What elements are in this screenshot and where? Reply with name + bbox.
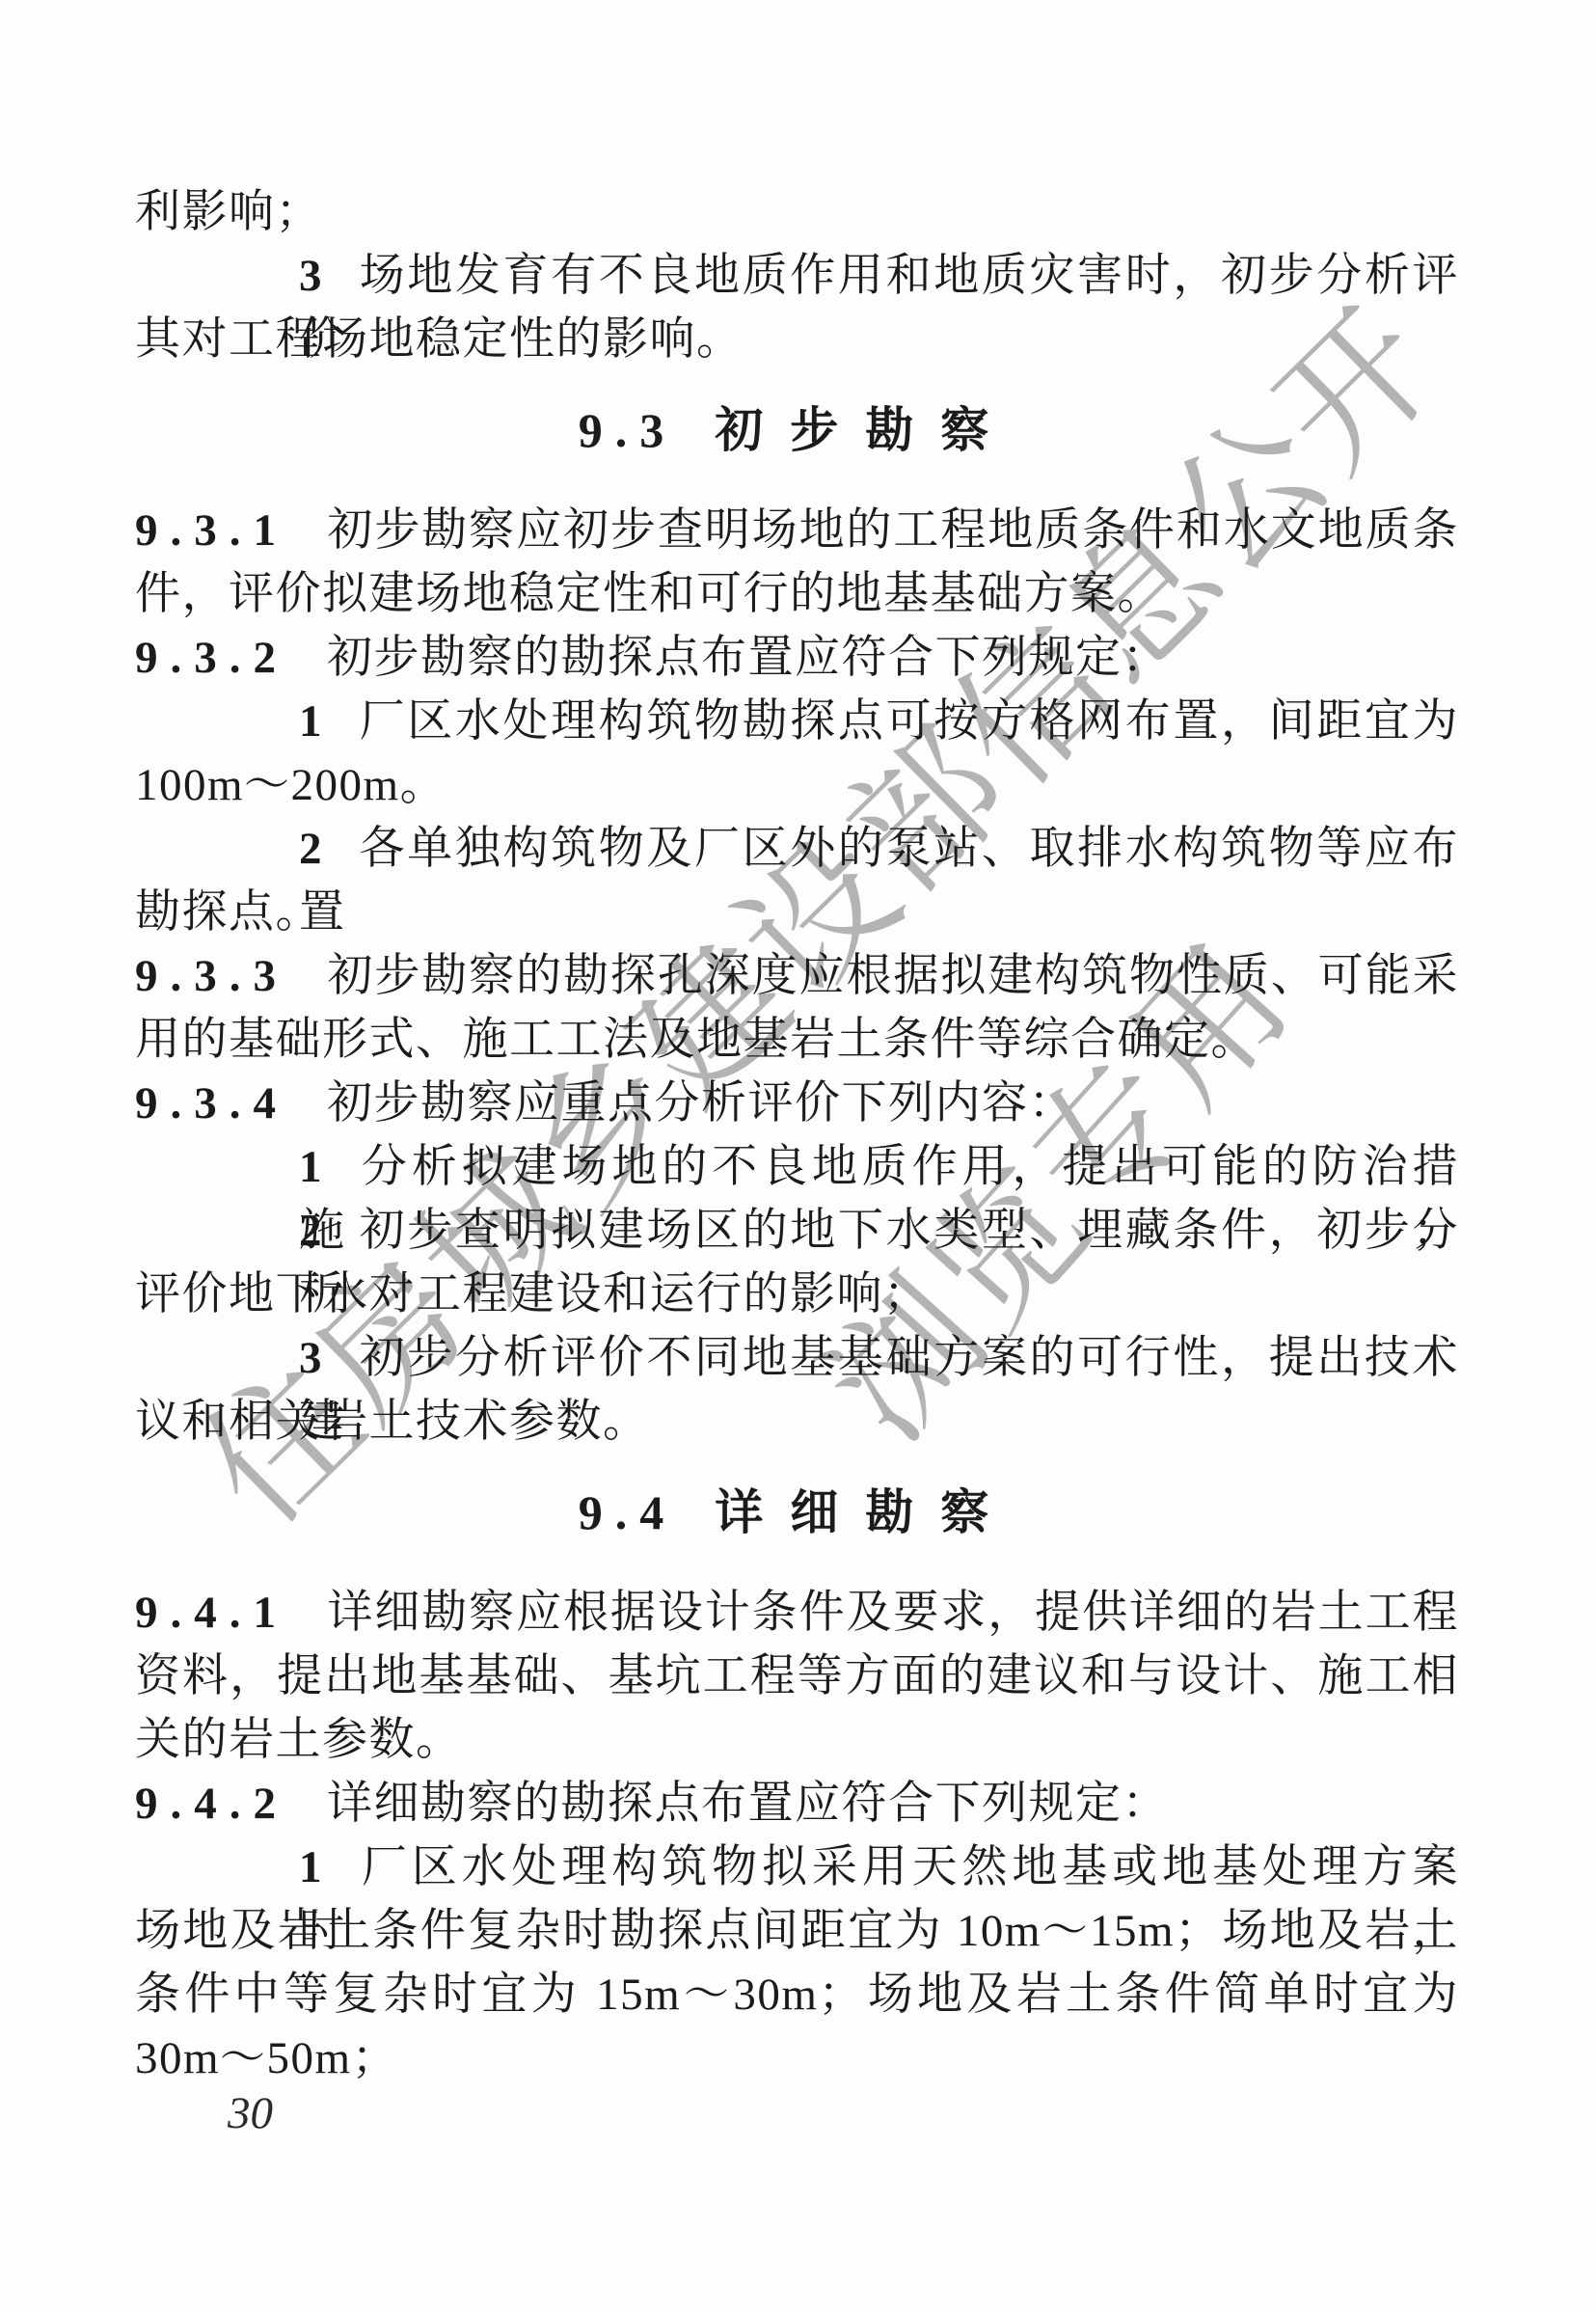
line-text: 初步勘察应重点分析评价下列内容： [327,1078,1075,1128]
text-line: 其对工程场地稳定性的影响。 [135,308,1459,371]
text-line: 9.3.4初步勘察应重点分析评价下列内容： [135,1072,1459,1135]
section-heading: 9.4详细勘察 [135,1481,1459,1544]
line-text: 议和相关岩土技术参数。 [135,1397,650,1447]
clause-number: 1 [299,1142,322,1192]
line-text: 利影响； [135,187,322,237]
clause-number: 2 [299,824,322,874]
text-line: 利影响； [135,180,1459,244]
text-line: 场地及岩土条件复杂时勘探点间距宜为 10m～15m；场地及岩土 [135,1899,1459,1963]
clause-number: 3 [299,1333,322,1383]
section-heading: 9.3初步勘察 [135,398,1459,462]
clause-number: 2 [299,1206,322,1256]
line-text: 用的基础形式、施工工法及地基岩土条件等综合确定。 [135,1015,1258,1065]
clause-number: 9.4.1 [135,1588,288,1638]
line-text: 初步勘察应初步查明场地的工程地质条件和水文地质条 [327,505,1459,556]
line-text: 100m～200m。 [135,760,446,810]
text-line: 议和相关岩土技术参数。 [135,1390,1459,1454]
line-text: 详细勘察应根据设计条件及要求，提供详细的岩土工程 [327,1588,1459,1638]
line-text: 条件中等复杂时宜为 15m～30m；场地及岩土条件简单时宜为 [135,1970,1459,2020]
line-text: 件，评价拟建场地稳定性和可行的地基基础方案。 [135,569,1164,619]
line-text: 关的岩土参数。 [135,1715,463,1765]
text-line: 9.3.1初步勘察应初步查明场地的工程地质条件和水文地质条 [135,499,1459,562]
text-column: 利影响；3场地发育有不良地质作用和地质灾害时，初步分析评价其对工程场地稳定性的影… [135,180,1459,2090]
text-line: 1厂区水处理构筑物拟采用天然地基或地基处理方案时， [135,1835,1459,1899]
line-text: 初步勘察的勘探点布置应符合下列规定： [327,633,1169,683]
text-line: 2各单独构筑物及厂区外的泵站、取排水构筑物等应布置 [135,817,1459,881]
line-text: 勘探点。 [135,887,322,938]
line-text: 初步勘察的勘探孔深度应根据拟建构筑物性质、可能采 [327,951,1459,1001]
text-line: 1分析拟建场地的不良地质作用，提出可能的防治措施； [135,1135,1459,1199]
clause-number: 1 [299,696,322,747]
line-text: 资料，提出地基基础、基坑工程等方面的建议和与设计、施工相 [135,1651,1459,1701]
clause-number: 1 [299,1842,322,1892]
line-text: 详细勘察的勘探点布置应符合下列规定： [327,1779,1169,1829]
line-text: 评价地下水对工程建设和运行的影响； [135,1269,931,1319]
clause-number: 9.3.2 [135,633,288,683]
text-line: 资料，提出地基基础、基坑工程等方面的建议和与设计、施工相 [135,1645,1459,1708]
text-line: 关的岩土参数。 [135,1708,1459,1772]
text-line: 2初步查明拟建场区的地下水类型、埋藏条件，初步分析 [135,1199,1459,1263]
text-line: 评价地下水对工程建设和运行的影响； [135,1263,1459,1326]
text-line: 1厂区水处理构筑物勘探点可按方格网布置，间距宜为 [135,690,1459,753]
text-line: 用的基础形式、施工工法及地基岩土条件等综合确定。 [135,1008,1459,1072]
clause-number: 9.4.2 [135,1779,288,1829]
clause-number: 9.3.3 [135,951,288,1001]
line-text: 场地及岩土条件复杂时勘探点间距宜为 10m～15m；场地及岩土 [135,1906,1459,1956]
text-line: 3场地发育有不良地质作用和地质灾害时，初步分析评价 [135,244,1459,308]
clause-number: 9.3.4 [135,1078,288,1128]
line-text: 详细勘察 [715,1485,1015,1539]
text-line: 3初步分析评价不同地基基础方案的可行性，提出技术建 [135,1326,1459,1390]
page-number: 30 [228,2091,273,2136]
document-page: 住房城乡建设部信息公开 浏览专用 利影响；3场地发育有不良地质作用和地质灾害时，… [0,0,1596,2311]
text-line: 9.3.2初步勘察的勘探点布置应符合下列规定： [135,626,1459,690]
line-text: 30m～50m； [135,2033,398,2083]
text-line: 30m～50m； [135,2026,1459,2090]
clause-number: 9.3.1 [135,505,288,556]
text-line: 9.3.3初步勘察的勘探孔深度应根据拟建构筑物性质、可能采 [135,944,1459,1008]
text-line: 100m～200m。 [135,753,1459,817]
line-text: 初步勘察 [715,403,1015,457]
text-line: 9.4.1详细勘察应根据设计条件及要求，提供详细的岩土工程 [135,1581,1459,1645]
text-line: 条件中等复杂时宜为 15m～30m；场地及岩土条件简单时宜为 [135,1963,1459,2026]
clause-number: 9.4 [579,1485,677,1539]
clause-number: 9.3 [579,403,677,457]
text-line: 9.4.2详细勘察的勘探点布置应符合下列规定： [135,1772,1459,1835]
line-text: 其对工程场地稳定性的影响。 [135,314,744,365]
clause-number: 3 [299,251,322,301]
text-line: 件，评价拟建场地稳定性和可行的地基基础方案。 [135,562,1459,626]
line-text: 厂区水处理构筑物勘探点可按方格网布置，间距宜为 [359,696,1460,747]
